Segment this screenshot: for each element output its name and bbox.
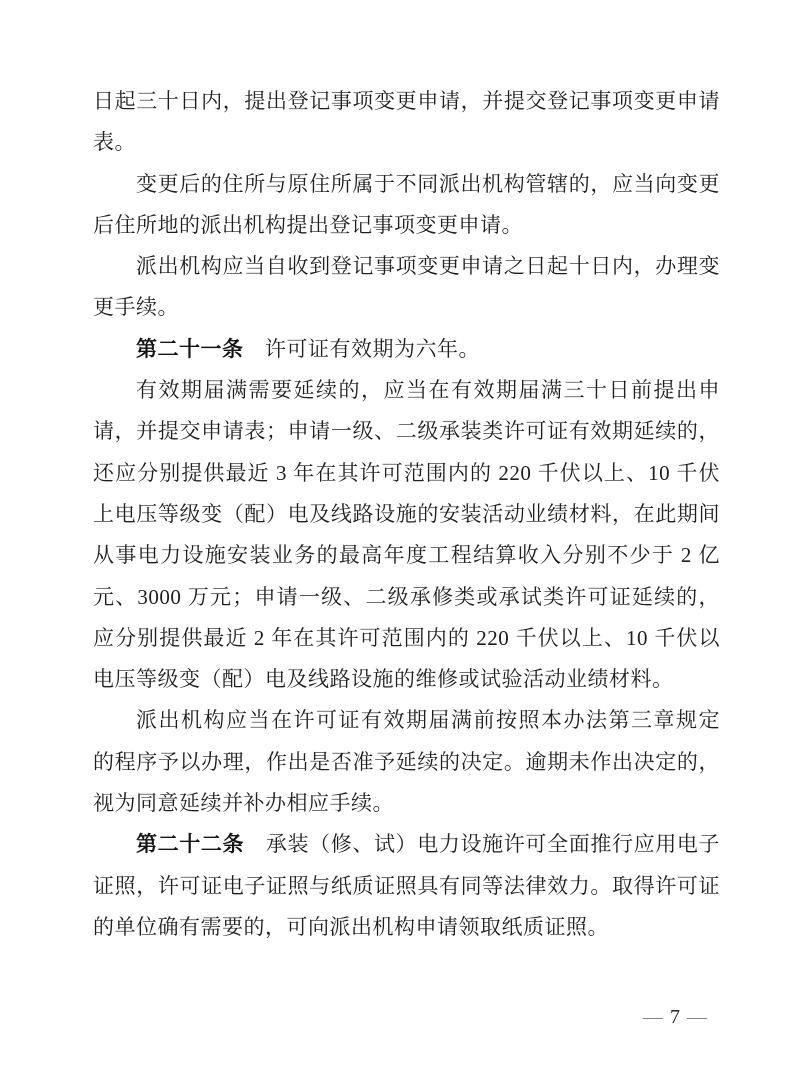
line-text: 的程序予以办理，作出是否准予延续的决定。逾期未作出决定的， bbox=[93, 750, 720, 774]
text-block: 日起三十日内，提出登记事项变更申请，并提交登记事项变更申请表。变更后的住所与原住… bbox=[93, 81, 720, 948]
text-line: 请，并提交申请表；申请一级、二级承装类许可证有效期延续的， bbox=[93, 411, 720, 452]
text-line: 变更后的住所与原住所属于不同派出机构管辖的，应当向变更 bbox=[93, 164, 720, 205]
footer-dash-right: — bbox=[681, 1006, 714, 1028]
article-line: 第二十二条 承装（修、试）电力设施许可全面推行应用电子 bbox=[93, 824, 720, 865]
line-text: 视为同意延续并补办相应手续。 bbox=[93, 791, 394, 815]
line-text: 的单位确有需要的，可向派出机构申请领取纸质证照。 bbox=[93, 915, 609, 939]
text-line: 上电压等级变（配）电及线路设施的安装活动业绩材料，在此期间 bbox=[93, 494, 720, 535]
text-line: 应分别提供最近 2 年在其许可范围内的 220 千伏以上、10 千伏以上 bbox=[93, 618, 720, 659]
text-line: 视为同意延续并补办相应手续。 bbox=[93, 783, 720, 824]
text-line: 证照，许可证电子证照与纸质证照具有同等法律效力。取得许可证 bbox=[93, 866, 720, 907]
text-line: 的程序予以办理，作出是否准予延续的决定。逾期未作出决定的， bbox=[93, 742, 720, 783]
line-text: 上电压等级变（配）电及线路设施的安装活动业绩材料，在此期间 bbox=[93, 502, 720, 526]
line-text: 许可证有效期为六年。 bbox=[244, 337, 481, 361]
text-line: 派出机构应当在许可证有效期届满前按照本办法第三章规定 bbox=[93, 700, 720, 741]
line-text: 表。 bbox=[93, 130, 136, 154]
text-line: 元、3000 万元；申请一级、二级承修类或承试类许可证延续的，均 bbox=[93, 577, 720, 618]
text-line: 更手续。 bbox=[93, 287, 720, 328]
text-line: 表。 bbox=[93, 122, 720, 163]
page-number: 7 bbox=[670, 1006, 681, 1028]
text-line: 的单位确有需要的，可向派出机构申请领取纸质证照。 bbox=[93, 907, 720, 948]
line-text: 请，并提交申请表；申请一级、二级承装类许可证有效期延续的， bbox=[93, 419, 720, 443]
line-text: 后住所地的派出机构提出登记事项变更申请。 bbox=[93, 213, 523, 237]
line-text: 元、3000 万元；申请一级、二级承修类或承试类许可证延续的，均 bbox=[93, 585, 720, 618]
line-text: 承装（修、试）电力设施许可全面推行应用电子 bbox=[244, 832, 720, 856]
document-page: 日起三十日内，提出登记事项变更申请，并提交登记事项变更申请表。变更后的住所与原住… bbox=[0, 0, 803, 1087]
article-number: 第二十二条 bbox=[136, 833, 244, 856]
text-line: 电压等级变（配）电及线路设施的维修或试验活动业绩材料。 bbox=[93, 659, 720, 700]
line-text: 电压等级变（配）电及线路设施的维修或试验活动业绩材料。 bbox=[93, 667, 674, 691]
footer-dash-left: — bbox=[637, 1006, 670, 1028]
text-line: 日起三十日内，提出登记事项变更申请，并提交登记事项变更申请 bbox=[93, 81, 720, 122]
line-text: 日起三十日内，提出登记事项变更申请，并提交登记事项变更申请 bbox=[93, 89, 720, 113]
line-text: 变更后的住所与原住所属于不同派出机构管辖的，应当向变更 bbox=[136, 172, 720, 196]
text-line: 还应分别提供最近 3 年在其许可范围内的 220 千伏以上、10 千伏以 bbox=[93, 453, 720, 494]
line-text: 有效期届满需要延续的，应当在有效期届满三十日前提出申 bbox=[136, 378, 720, 402]
line-text: 从事电力设施安装业务的最高年度工程结算收入分别不少于 2 亿 bbox=[93, 543, 720, 567]
article-line: 第二十一条 许可证有效期为六年。 bbox=[93, 329, 720, 370]
article-number: 第二十一条 bbox=[136, 338, 244, 361]
text-line: 从事电力设施安装业务的最高年度工程结算收入分别不少于 2 亿 bbox=[93, 535, 720, 576]
line-text: 证照，许可证电子证照与纸质证照具有同等法律效力。取得许可证 bbox=[93, 874, 720, 898]
text-line: 后住所地的派出机构提出登记事项变更申请。 bbox=[93, 205, 720, 246]
text-line: 派出机构应当自收到登记事项变更申请之日起十日内，办理变 bbox=[93, 246, 720, 287]
page-footer: —7— bbox=[637, 1002, 714, 1032]
line-text: 还应分别提供最近 3 年在其许可范围内的 220 千伏以上、10 千伏以 bbox=[93, 461, 720, 494]
line-text: 派出机构应当自收到登记事项变更申请之日起十日内，办理变 bbox=[136, 254, 720, 278]
text-line: 有效期届满需要延续的，应当在有效期届满三十日前提出申 bbox=[93, 370, 720, 411]
line-text: 更手续。 bbox=[93, 295, 179, 319]
line-text: 应分别提供最近 2 年在其许可范围内的 220 千伏以上、10 千伏以上 bbox=[93, 626, 720, 659]
line-text: 派出机构应当在许可证有效期届满前按照本办法第三章规定 bbox=[136, 708, 720, 732]
